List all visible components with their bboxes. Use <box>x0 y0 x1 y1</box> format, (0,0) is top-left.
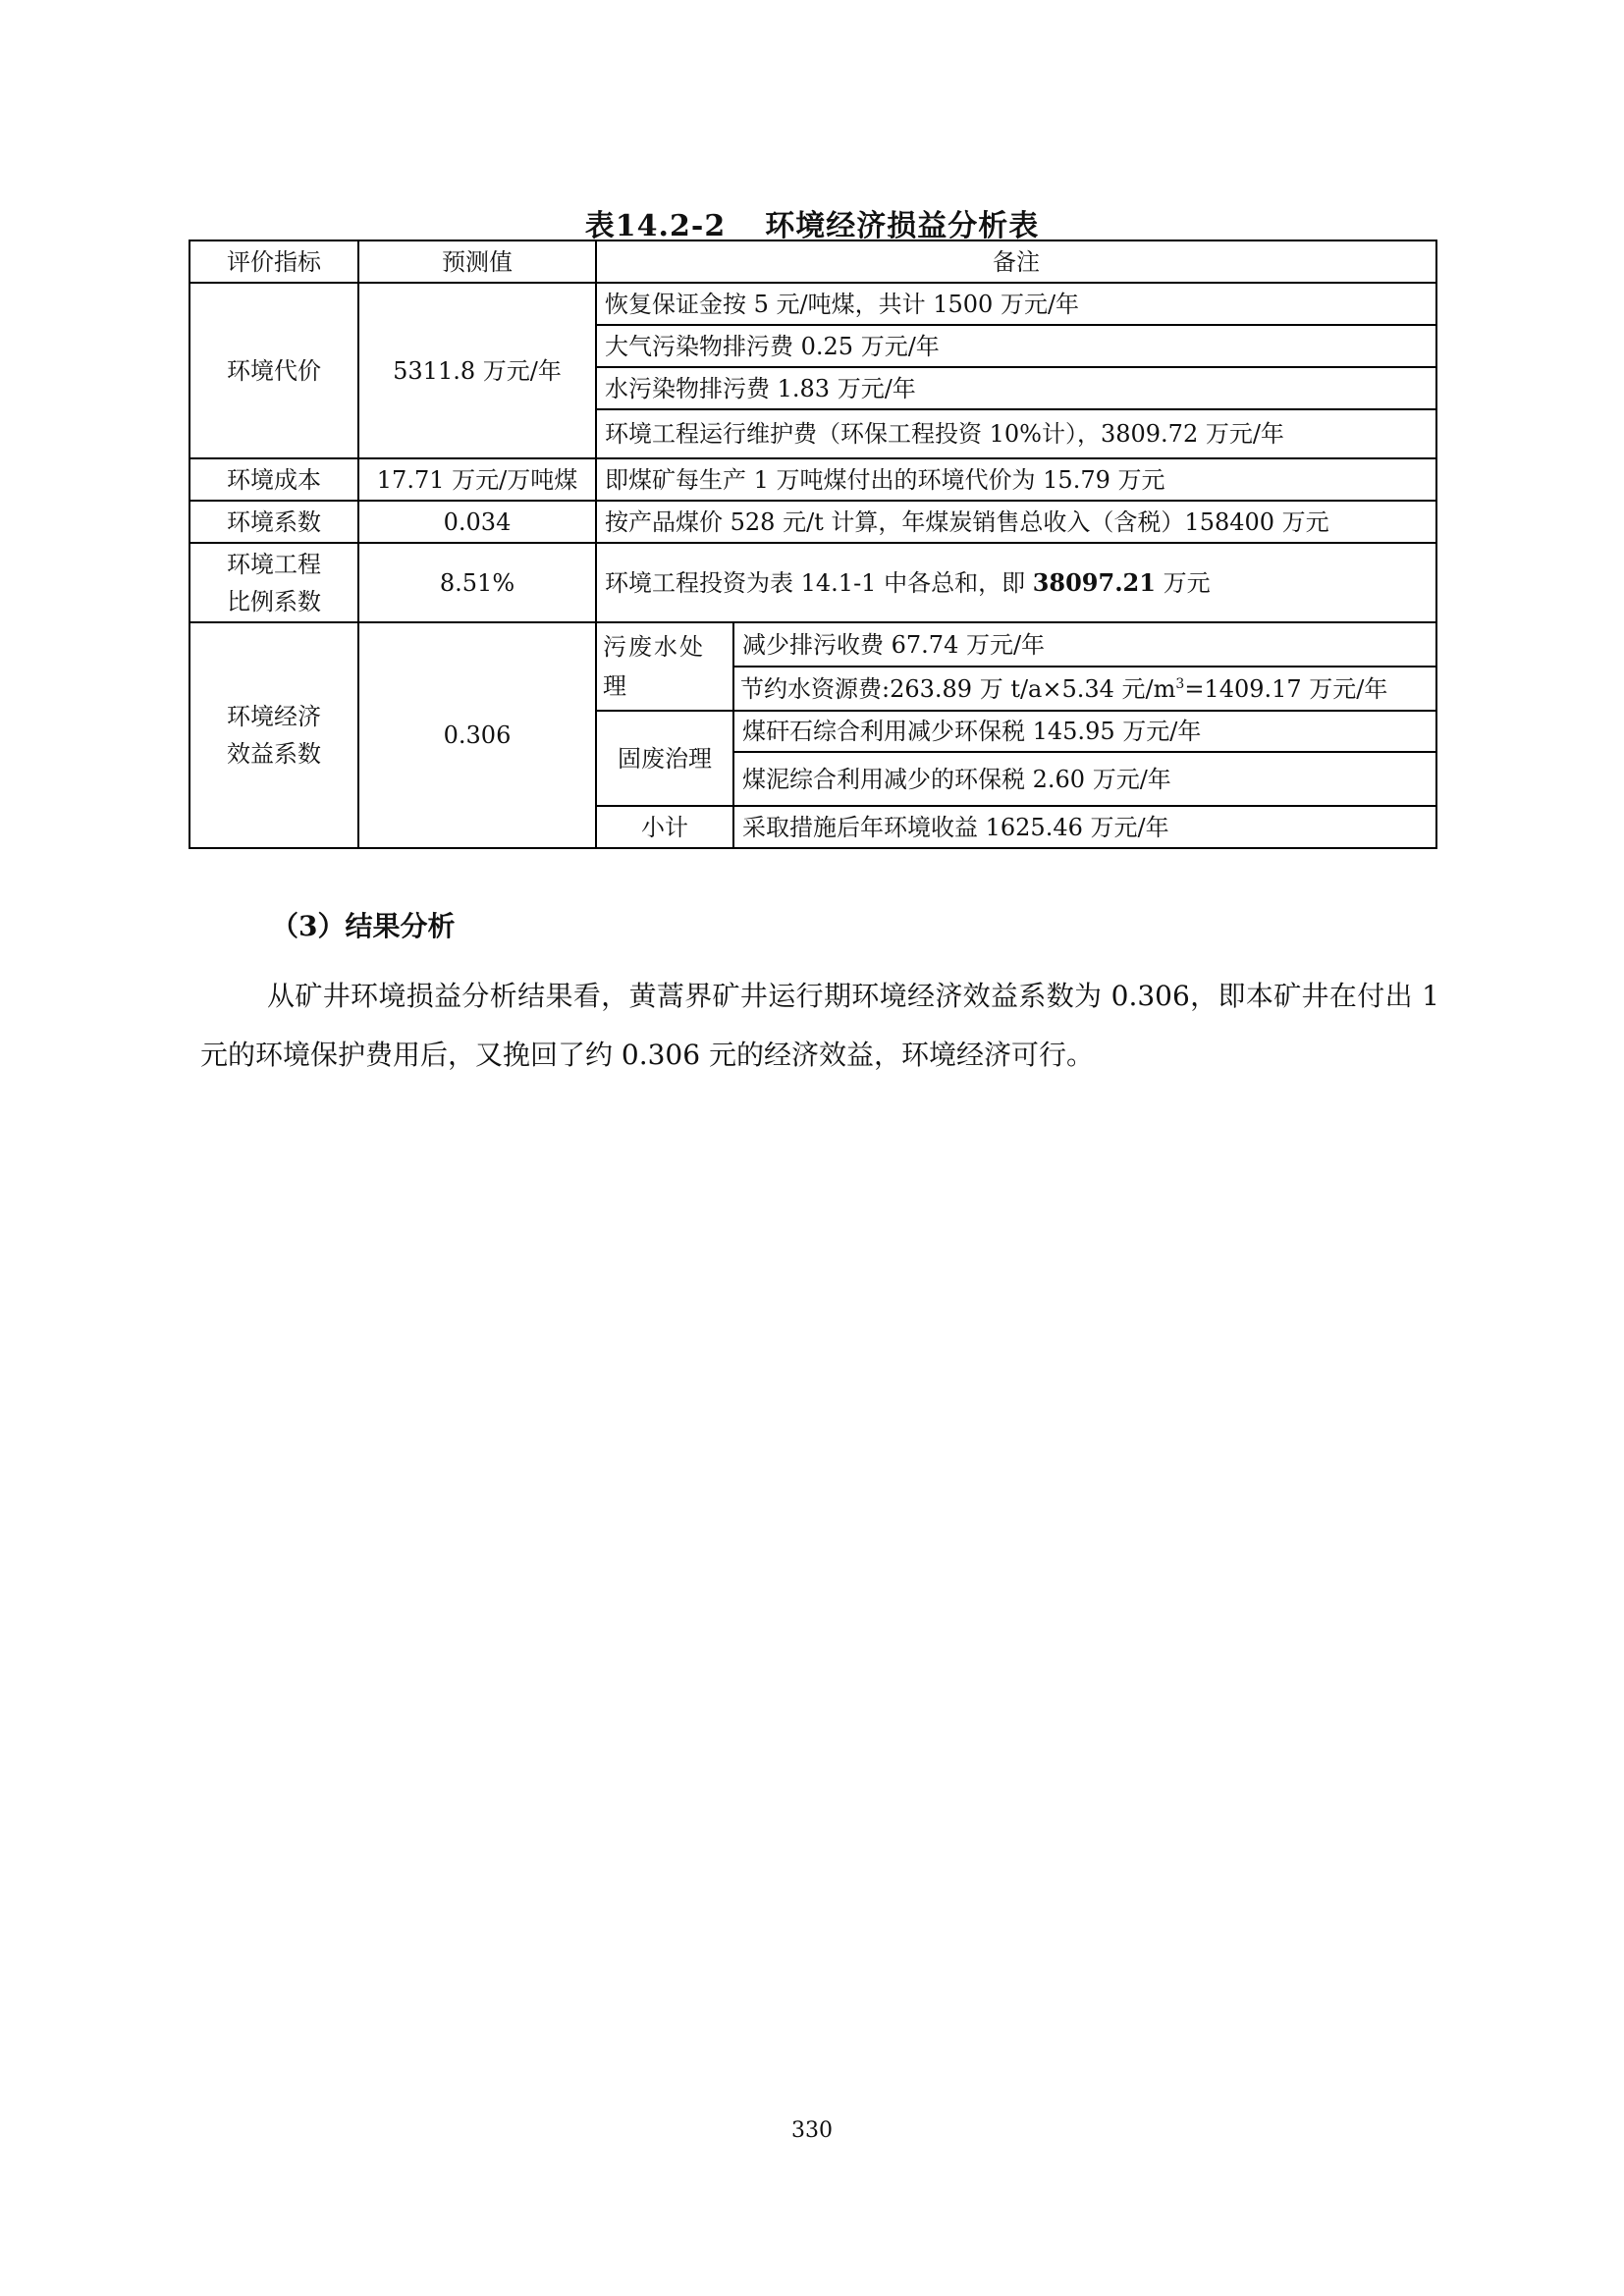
table-row: 环境工程 比例系数 8.51% 环境工程投资为表 14.1-1 中各总和，即 3… <box>189 543 1436 622</box>
note-cell: 水污染物排污费 1.83 万元/年 <box>596 367 1436 409</box>
table-caption-title: 环境经济损益分析表 <box>765 209 1039 243</box>
page-number: 330 <box>0 2118 1624 2143</box>
benefit-text: 节约水资源费:263.89 万 t/a×5.34 元/m <box>740 675 1175 703</box>
value-env-coefficient: 0.034 <box>358 501 596 543</box>
superscript: 3 <box>1175 676 1184 692</box>
category-solid-waste: 固废治理 <box>596 711 733 806</box>
indicator-line: 环境经济 <box>198 698 350 735</box>
indicator-env-cost-price: 环境代价 <box>189 283 358 458</box>
indicator-line: 环境工程 <box>198 546 350 583</box>
section-heading: （3）结果分析 <box>271 905 455 944</box>
value-env-engineering-ratio: 8.51% <box>358 543 596 622</box>
note-text: 环境工程投资为表 14.1-1 中各总和，即 <box>605 569 1033 597</box>
indicator-env-engineering-ratio: 环境工程 比例系数 <box>189 543 358 622</box>
note-cell: 按产品煤价 528 元/t 计算，年煤炭销售总收入（含税）158400 万元 <box>596 501 1436 543</box>
value-env-cost-price: 5311.8 万元/年 <box>358 283 596 458</box>
table-row: 环境系数 0.034 按产品煤价 528 元/t 计算，年煤炭销售总收入（含税）… <box>189 501 1436 543</box>
note-cell: 环境工程运行维护费（环保工程投资 10%计），3809.72 万元/年 <box>596 409 1436 458</box>
indicator-line: 效益系数 <box>198 735 350 773</box>
table-row: 环境代价 5311.8 万元/年 恢复保证金按 5 元/吨煤，共计 1500 万… <box>189 283 1436 325</box>
benefit-item: 煤矸石综合利用减少环保税 145.95 万元/年 <box>733 711 1436 752</box>
indicator-line: 比例系数 <box>198 583 350 620</box>
benefit-item: 煤泥综合利用减少的环保税 2.60 万元/年 <box>733 752 1436 806</box>
note-text: 万元 <box>1156 569 1211 597</box>
environmental-economic-analysis-table: 评价指标 预测值 备注 环境代价 5311.8 万元/年 恢复保证金按 5 元/… <box>189 240 1437 849</box>
header-predicted-value: 预测值 <box>358 240 596 283</box>
indicator-env-cost: 环境成本 <box>189 458 358 501</box>
note-cell: 大气污染物排污费 0.25 万元/年 <box>596 325 1436 367</box>
benefit-item: 减少排污收费 67.74 万元/年 <box>733 622 1436 667</box>
value-env-econ-benefit: 0.306 <box>358 622 596 848</box>
category-wastewater: 污废水处理 <box>596 622 733 711</box>
value-env-cost: 17.71 万元/万吨煤 <box>358 458 596 501</box>
indicator-env-coefficient: 环境系数 <box>189 501 358 543</box>
benefit-item: 节约水资源费:263.89 万 t/a×5.34 元/m3=1409.17 万元… <box>733 667 1436 711</box>
category-subtotal: 小计 <box>596 806 733 848</box>
header-remarks: 备注 <box>596 240 1436 283</box>
header-indicator: 评价指标 <box>189 240 358 283</box>
table-header-row: 评价指标 预测值 备注 <box>189 240 1436 283</box>
benefit-text: =1409.17 万元/年 <box>1184 675 1387 703</box>
table-caption: 表14.2-2环境经济损益分析表 <box>0 201 1624 244</box>
table-row: 环境成本 17.71 万元/万吨煤 即煤矿每生产 1 万吨煤付出的环境代价为 1… <box>189 458 1436 501</box>
section-paragraph: 从矿井环境损益分析结果看，黄蒿界矿井运行期环境经济效益系数为 0.306，即本矿… <box>200 967 1439 1085</box>
benefit-item: 采取措施后年环境收益 1625.46 万元/年 <box>733 806 1436 848</box>
indicator-env-econ-benefit: 环境经济 效益系数 <box>189 622 358 848</box>
note-cell: 恢复保证金按 5 元/吨煤，共计 1500 万元/年 <box>596 283 1436 325</box>
note-cell: 即煤矿每生产 1 万吨煤付出的环境代价为 15.79 万元 <box>596 458 1436 501</box>
table-caption-number: 表14.2-2 <box>585 209 726 243</box>
note-bold-value: 38097.21 <box>1033 568 1156 597</box>
note-cell: 环境工程投资为表 14.1-1 中各总和，即 38097.21 万元 <box>596 543 1436 622</box>
table-row: 环境经济 效益系数 0.306 污废水处理 减少排污收费 67.74 万元/年 <box>189 622 1436 667</box>
